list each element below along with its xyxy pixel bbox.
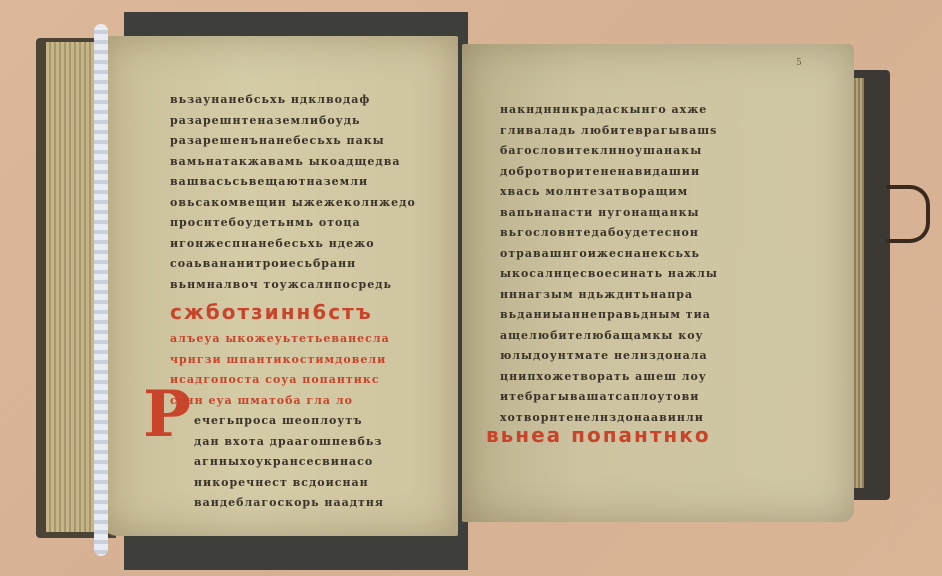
text-line: вьгословнтедабоудетеснон [500,223,770,244]
rubric-heading-right: вьнеа попантнко [486,418,711,452]
left-page-text: вьзаунанебсьхь ндклводаф разарешнтеназем… [170,90,450,514]
text-line: итебрагывашатсаплоутови [500,387,770,408]
text-line: гливаладь любитеврагывашs [500,121,770,142]
text-line: вьзаунанебсьхь ндклводаф [170,90,450,111]
text-line: ечегьпроса шеоплоутъ [194,411,450,432]
rubric-line: алъеуа ыкожеуьтетьеванесла [170,329,450,350]
text-line: вьданиыаннеправьдным тиа [500,305,770,326]
ribbon-bookmark [94,24,108,556]
illuminated-initial: Р [143,375,183,455]
text-line: агнныхоукрансесвинасо [194,452,450,473]
text-line: соаьвананитроиесьбранн [170,254,450,275]
text-line: багословитеклнноушанакы [500,141,770,162]
text-line: накнднннкрадаскынго ахже [500,100,770,121]
right-page-text: накнднннкрадаскынго ахже гливаладь любит… [500,100,770,428]
rubric-line: чрнгзи шпантикостимдовели [170,350,450,371]
text-line: игонжеспнанебесьхь ндежо [170,234,450,255]
text-line: ыкосалнцесвоесинать нажлы [500,264,770,285]
text-line: дан вхота драагошпевбьз [194,432,450,453]
text-line: разарешенънанебесьхь пакы [170,131,450,152]
text-line: вьнмналвоч тоужсалнпосредь [170,275,450,296]
text-line: никоречнест всдоиснан [194,473,450,494]
folio-number: 5 [796,58,802,68]
rubric-heading: сжботзинн6стъ [170,295,450,329]
text-line: хвась молнтезатворащим [500,182,770,203]
text-line: цнипхожетворать ашеш лоу [500,367,770,388]
text-line: вамьнатакжавамь ыкоадщедва [170,152,450,173]
text-line: вашвасьсьвещаютназемли [170,172,450,193]
text-line: отравашнгоижеснанексьхь [500,244,770,265]
rubric-line: исадгопоста соуа попантикс [170,370,450,391]
book-clasp [886,185,930,243]
text-line: овьсакомвещин ыжежеколнжедо [170,193,450,214]
text-line: добротворитененавидашии [500,162,770,183]
text-line: вапьнапасти нугонащанкы [500,203,770,224]
text-line: юлыдоунтмате нелнздонала [500,346,770,367]
text-line: разарешнтеназемлибоудь [170,111,450,132]
text-line: проснтебоудетьнмь отоца [170,213,450,234]
text-line: ащелюбителюбащамкы коу [500,326,770,347]
rubric-line: стнн еуа шматоба гла ло [170,391,450,412]
text-line: нннагзым ндьжднтьнапра [500,285,770,306]
text-line: вандеблагоскорь наадтня [194,493,450,514]
